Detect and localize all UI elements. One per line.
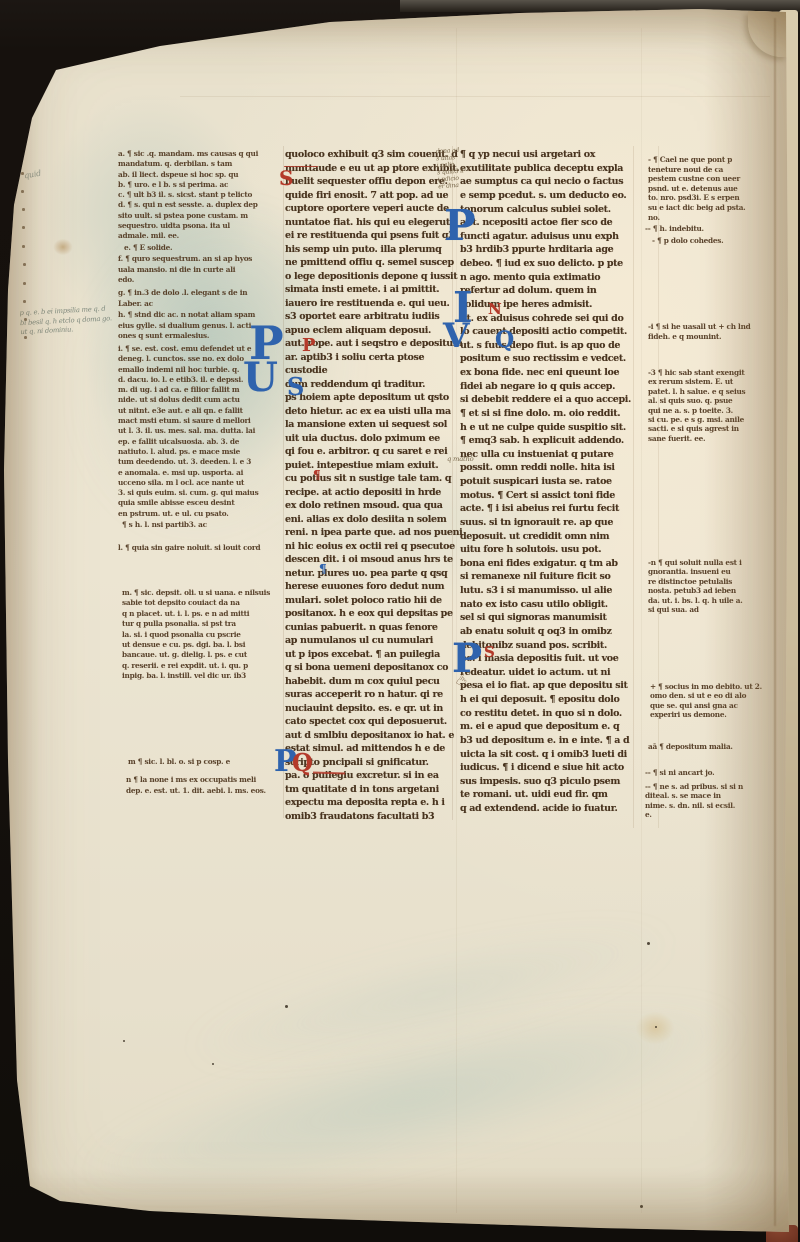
crease-center-right (641, 28, 642, 1213)
initial-red-N-nex: N (488, 302, 502, 317)
left-gloss-block: m. ¶ sic. depsit. oli. u si uana. e nils… (122, 588, 286, 682)
pricking-dot (22, 245, 25, 248)
right-gloss-block: -- ¶ h. indebitu. (645, 224, 770, 233)
paraph-red-left-col: ¶ (313, 469, 321, 481)
left-gloss-block: a. ¶ sic .q. mandam. ms causas q qui man… (118, 149, 282, 242)
ink-speck (640, 1205, 643, 1208)
right-gloss-block: -n ¶ qui soluit nulla est i gnorantia. i… (648, 558, 773, 614)
ink-speck (123, 1040, 125, 1042)
pricking-dot (23, 282, 26, 285)
left-gloss-block: g. ¶ in.3 de dolo .l. elegant s de in La… (118, 288, 282, 309)
initial-red-S-sequester: S (279, 168, 293, 188)
ink-speck (212, 1063, 214, 1065)
ink-speck (647, 942, 650, 945)
pricking-dot (22, 208, 25, 211)
main-text-column-left: quoloco exhibuit q3 sim couenit. d mmtta… (285, 148, 463, 823)
ink-speck (285, 1005, 288, 1008)
left-gloss-block: ¶ s h. l. nsi partib3. ac (122, 520, 286, 529)
initial-blue-V-right: V (443, 319, 469, 353)
right-gloss-block: -i ¶ si he uasall ut + ch lnd fideh. e q… (648, 322, 773, 342)
initial-blue-S-ipse: S (287, 375, 304, 399)
fold-crease-right-edge (774, 18, 776, 1226)
top-shadow-band (400, 0, 800, 12)
initial-blue-U-left: U (243, 358, 278, 398)
right-gloss-block: -3 ¶ hic sab stant exengit ex rerum sist… (648, 368, 773, 443)
ruling-line-top (180, 96, 770, 97)
parchment-page: quoloco exhibuit q3 sim couenit. d mmtta… (0, 0, 800, 1242)
pricking-dot (21, 190, 24, 193)
right-gloss-block: + ¶ socius in mo debito. ut 2. omo den. … (650, 682, 775, 719)
gutter-note-mid: q matho (447, 455, 487, 463)
page-corner-curl (748, 11, 788, 57)
pricking-dot (23, 300, 26, 303)
ruling-line-gloss-right (658, 146, 659, 828)
right-gloss-block: - ¶ Cael ne que pont p teneture noui de … (648, 155, 773, 222)
gutter-note-top: dona ad s uitas i palio s quib3 il i pdi… (436, 146, 479, 191)
ink-speck (655, 1026, 657, 1028)
left-gloss-block: n ¶ la none i ms ex occupatis meli dep. … (126, 775, 290, 796)
right-gloss-block: -- ¶ si ni ancart jo. (645, 768, 770, 777)
pricking-dot (22, 226, 25, 229)
manuscript-photo: quoloco exhibuit q3 sim couenit. d mmtta… (0, 0, 800, 1242)
initial-red-S-right-lower: S (484, 645, 495, 660)
faded-word-quid: quid (23, 169, 41, 181)
initial-red-P-prope: P (302, 337, 316, 355)
red-underline (284, 166, 318, 167)
right-gloss-block: -- ¶ ne s. ad pribus. si si n diteal. s.… (645, 782, 770, 819)
paraph-blue-left-col: ¶ (319, 563, 327, 575)
pricking-dot (23, 263, 26, 266)
left-gloss-block: m ¶ sic. l. bl. o. si p cosp. e (128, 757, 292, 766)
pricking-dot (21, 154, 24, 157)
initial-blue-Q-right: Q (495, 329, 514, 351)
right-gloss-block: - ¶ p dolo cohedes. (652, 236, 777, 245)
left-gloss-block: l. ¶ quia sin gaire noluit. si louit cor… (118, 543, 293, 552)
left-gloss-block: f. ¶ quro sequestrum. an si ap hyos uala… (118, 254, 282, 286)
initial-red-Q-privilegium: Q (292, 751, 313, 775)
main-text-column-right: ¶ q yp necui usi argetari ox exutilitate… (460, 148, 638, 816)
right-gloss-block: aā ¶ depositum malia. (648, 742, 773, 751)
left-gloss-block: e. ¶ E solide. (124, 243, 288, 252)
initial-blue-P-right: P (444, 205, 476, 247)
